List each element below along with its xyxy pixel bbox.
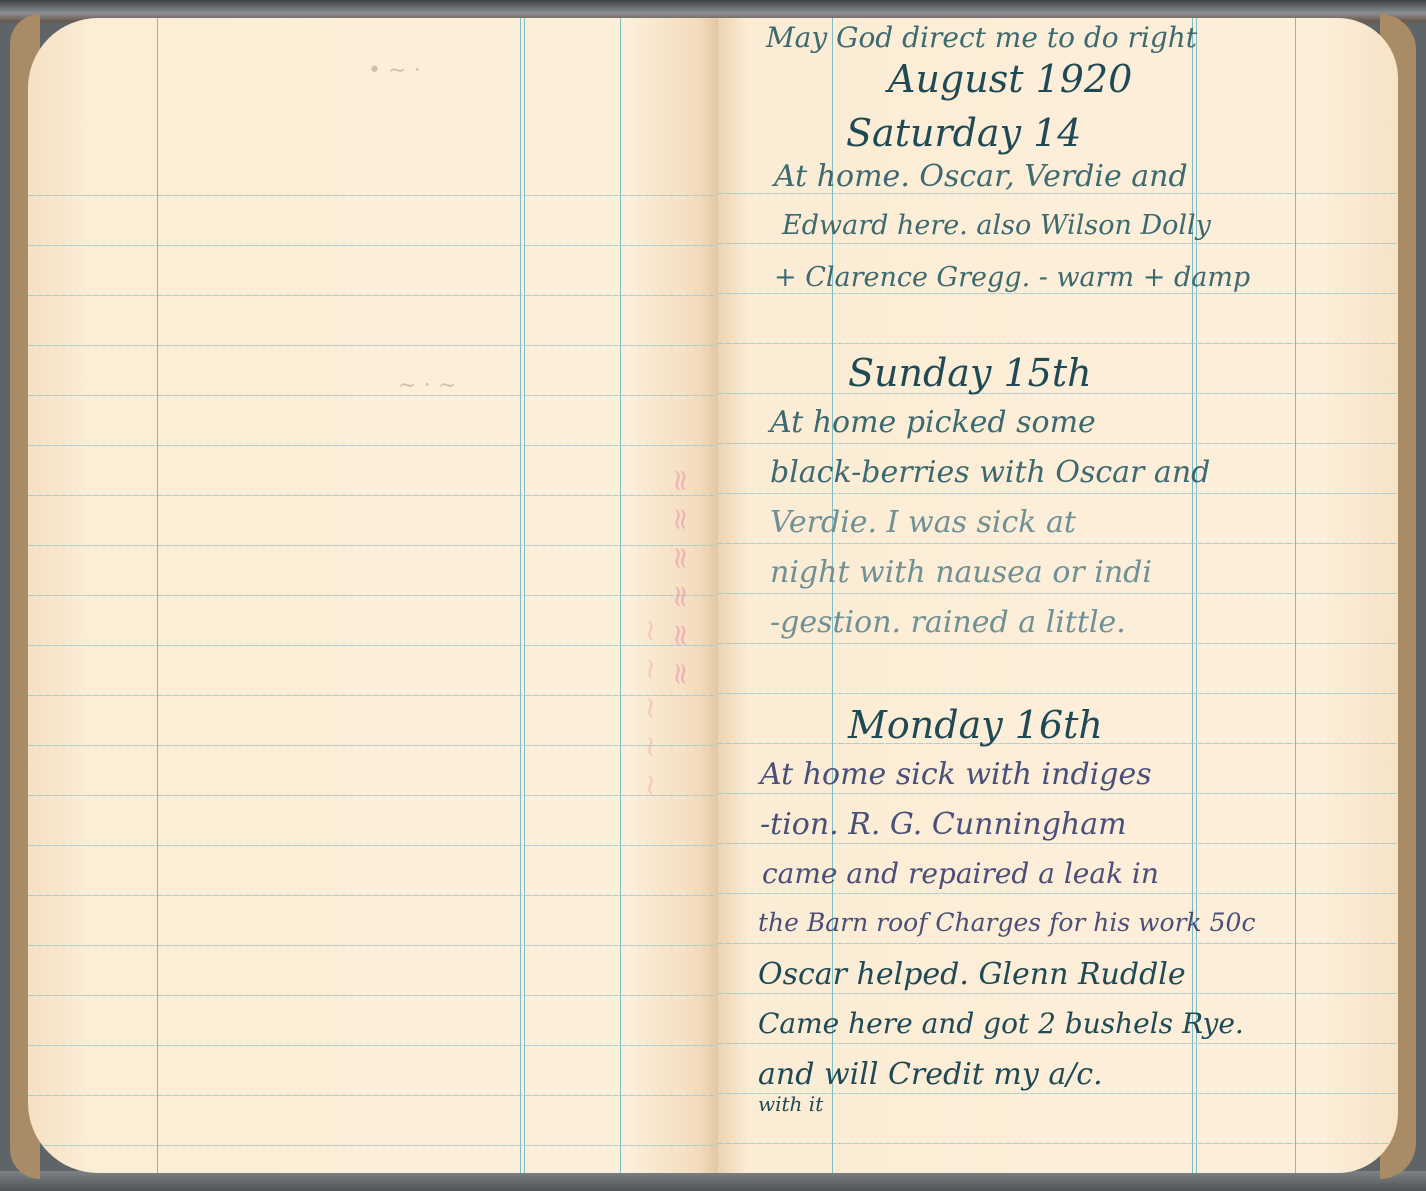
ruled-line [28,795,718,796]
entry-line: with it [758,1094,823,1114]
entry-line: came and repaired a leak in [762,860,1159,888]
ruled-line [718,1043,1398,1044]
ruled-line [28,295,718,296]
scanner-frame-bottom [0,1171,1426,1191]
entry-line: At home. Oscar, Verdie and [774,162,1188,192]
ruled-line [28,495,718,496]
ink-bleed-through: ≈ ≈ ≈ ≈ ≈ ≈ [663,468,698,689]
ruled-line [28,1145,718,1146]
ruled-line [718,1143,1398,1144]
ruled-line [28,395,718,396]
entry-line: Oscar helped. Glenn Ruddle [758,960,1186,990]
ruled-line [28,245,718,246]
ruled-line [28,195,718,196]
right-page: May God direct me to do right August 192… [718,18,1398,1173]
entry-line: -gestion. rained a little. [770,608,1126,638]
ruled-line [718,843,1398,844]
ruled-line [718,943,1398,944]
entry-line: At home sick with indiges [760,760,1152,790]
ruled-line [28,645,718,646]
ruled-line [28,845,718,846]
entry-line: black-berries with Oscar and [770,458,1210,488]
ruled-line [28,595,718,596]
ruled-line [718,993,1398,994]
ruled-line [718,793,1398,794]
ruled-line [28,545,718,546]
ruled-line [28,695,718,696]
entry-line: night with nausea or indi [770,558,1152,588]
ruled-line [718,643,1398,644]
ruled-line [718,693,1398,694]
entry-line: At home picked some [770,408,1096,438]
ruled-line [28,445,718,446]
diary-motto: May God direct me to do right [766,24,1197,52]
entry-line: and will Credit my a/c. [758,1060,1103,1090]
ink-ghost-mark: • ∼ ⋅ [368,58,421,83]
day-heading-monday: Monday 16th [848,706,1103,744]
ruled-line [28,345,718,346]
ink-bleed-through: ∼ ∼ ∼ ∼ ∼ [633,618,668,800]
entry-line: Came here and got 2 bushels Rye. [758,1010,1244,1038]
ruled-line [718,293,1398,294]
ruled-line [28,1095,718,1096]
day-heading-sunday: Sunday 15th [848,354,1092,392]
entry-line: Verdie. I was sick at [770,508,1076,538]
ruled-line [28,745,718,746]
column-rule [1295,18,1296,1173]
entry-line: the Barn roof Charges for his work 50c [758,910,1255,935]
day-heading-saturday: Saturday 14 [846,114,1081,152]
ruled-line [718,593,1398,594]
ruled-line [28,995,718,996]
ink-ghost-mark: ∼ ⋅ ∼ [398,373,456,398]
ruled-line [718,493,1398,494]
ruled-line [28,895,718,896]
entry-line: Edward here. also Wilson Dolly [782,212,1211,239]
column-rule [1192,18,1197,1173]
entry-line: + Clarence Gregg. - warm + damp [774,264,1250,291]
ruled-line [718,243,1398,244]
entry-line: -tion. R. G. Cunningham [760,810,1127,840]
ruled-line [718,893,1398,894]
ruled-line [718,543,1398,544]
left-page: • ∼ ⋅ ∼ ⋅ ∼ ≈ ≈ ≈ ≈ ≈ ≈ ∼ ∼ ∼ ∼ ∼ [28,18,718,1173]
month-heading: August 1920 [888,60,1132,98]
ruled-line [28,945,718,946]
ruled-line [28,1045,718,1046]
ruled-line [718,443,1398,444]
ruled-line [718,343,1398,344]
